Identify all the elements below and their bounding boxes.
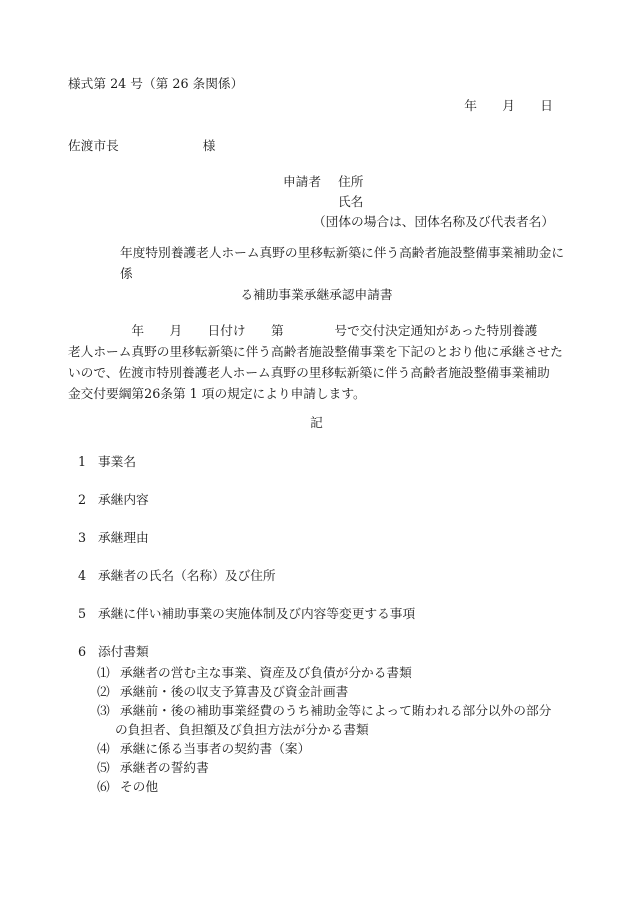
- date-line: 年 月 日: [68, 96, 565, 115]
- document-title: 年度特別養護老人ホーム真野の里移転新築に伴う高齢者施設整備事業補助金に係 る補助…: [68, 242, 565, 305]
- list-item-number: 1: [78, 452, 98, 471]
- attachment-item-3: ⑶ 承継前・後の補助事業経費のうち補助金等によって賄われる部分以外の部分: [68, 701, 565, 720]
- list-item-text: 承継内容: [98, 490, 565, 509]
- list-item-5: 5 承継に伴い補助事業の実施体制及び内容等変更する事項: [68, 604, 565, 623]
- list-item-number: 5: [78, 604, 98, 623]
- list-item-4: 4 承継者の氏名（名称）及び住所: [68, 566, 565, 585]
- list-item-2: 2 承継内容: [68, 490, 565, 509]
- form-number: 様式第 24 号（第 26 条関係）: [68, 74, 565, 93]
- applicant-label: 申請者: [283, 174, 321, 189]
- list-item-6: 6 添付書類: [68, 642, 565, 661]
- attachment-item-4: ⑷ 承継に係る当事者の契約書（案）: [68, 739, 565, 758]
- body-line: 年 月 日付け 第 号で交付決定通知があった特別養護: [68, 320, 565, 341]
- attachment-text: 承継者の誓約書: [120, 758, 565, 777]
- applicant-address-line: 申請者住所: [68, 172, 565, 192]
- applicant-name-label: 氏名: [68, 192, 565, 212]
- list-item-1: 1 事業名: [68, 452, 565, 471]
- body-line: 老人ホーム真野の里移転新築に伴う高齢者施設整備事業を下記のとおり他に承継させた: [68, 341, 565, 362]
- applicant-address-label: 住所: [338, 174, 363, 189]
- attachment-number: ⑸: [97, 758, 120, 777]
- attachment-number: ⑶: [97, 701, 120, 720]
- list-item-text: 承継理由: [98, 528, 565, 547]
- attachment-item-1: ⑴ 承継者の営む主な事業、資産及び負債が分かる書類: [68, 663, 565, 682]
- list-item-text: 事業名: [98, 452, 565, 471]
- attachment-text: その他: [120, 777, 565, 796]
- attachment-item-6: ⑹ その他: [68, 777, 565, 796]
- list-item-number: 3: [78, 528, 98, 547]
- list-item-number: 4: [78, 566, 98, 585]
- list-item-number: 2: [78, 490, 98, 509]
- attachment-item-5: ⑸ 承継者の誓約書: [68, 758, 565, 777]
- addressee-line: 佐渡市長様: [68, 136, 565, 155]
- addressee: 佐渡市長: [68, 138, 119, 153]
- attachment-number: ⑵: [97, 682, 120, 701]
- attachment-text: 承継前・後の収支予算書及び資金計画書: [120, 682, 565, 701]
- attachment-text: 承継前・後の補助事業経費のうち補助金等によって賄われる部分以外の部分: [120, 701, 565, 720]
- attachment-text: 承継者の営む主な事業、資産及び負債が分かる書類: [120, 663, 565, 682]
- attachment-item-2: ⑵ 承継前・後の収支予算書及び資金計画書: [68, 682, 565, 701]
- attachment-number: ⑷: [97, 739, 120, 758]
- body-line: 金交付要綱第26条第 1 項の規定により申請します。: [68, 383, 565, 404]
- numbered-list: 1 事業名 2 承継内容 3 承継理由 4 承継者の氏名（名称）及び住所 5 承…: [68, 452, 565, 796]
- document-title-line2: る補助事業承継承認申請書: [68, 284, 565, 305]
- body-paragraph: 年 月 日付け 第 号で交付決定通知があった特別養護 老人ホーム真野の里移転新築…: [68, 320, 565, 404]
- attachment-text: 承継に係る当事者の契約書（案）: [120, 739, 565, 758]
- ki-heading: 記: [68, 412, 565, 433]
- list-item-text: 承継に伴い補助事業の実施体制及び内容等変更する事項: [98, 604, 565, 623]
- document-page: 様式第 24 号（第 26 条関係） 年 月 日 佐渡市長様 申請者住所 氏名 …: [0, 0, 630, 903]
- applicant-block: 申請者住所 氏名 （団体の場合は、団体名称及び代表者名）: [68, 172, 565, 232]
- list-item-3: 3 承継理由: [68, 528, 565, 547]
- list-item-number: 6: [78, 642, 98, 661]
- applicant-note: （団体の場合は、団体名称及び代表者名）: [68, 212, 565, 232]
- attachment-number: ⑹: [97, 777, 120, 796]
- addressee-honorific: 様: [203, 138, 216, 153]
- body-line: いので、佐渡市特別養護老人ホーム真野の里移転新築に伴う高齢者施設整備事業補助: [68, 362, 565, 383]
- document-title-line1: 年度特別養護老人ホーム真野の里移転新築に伴う高齢者施設整備事業補助金に係: [68, 242, 565, 284]
- list-item-text: 添付書類: [98, 642, 565, 661]
- attachment-number: ⑴: [97, 663, 120, 682]
- list-item-text: 承継者の氏名（名称）及び住所: [98, 566, 565, 585]
- attachment-continuation: の負担者、負担額及び負担方法が分かる書類: [68, 720, 565, 739]
